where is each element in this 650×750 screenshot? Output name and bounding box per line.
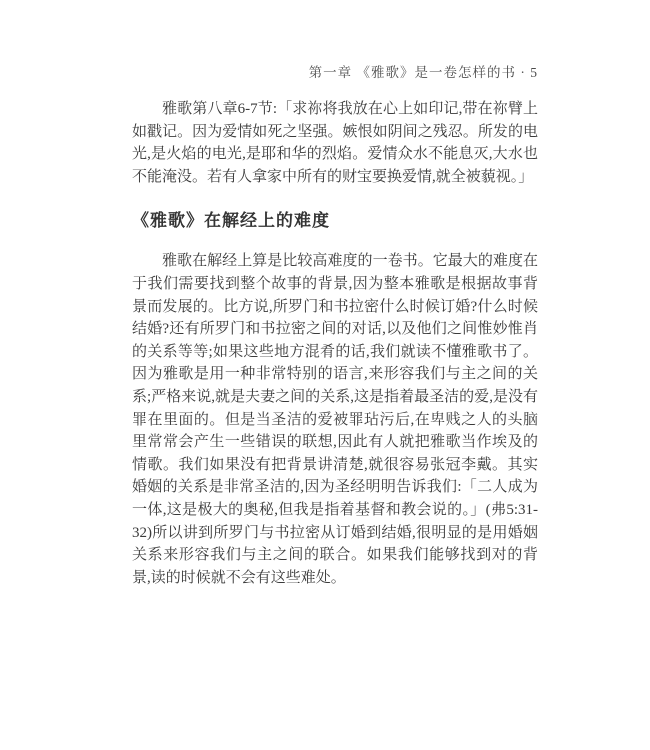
body-paragraph: 雅歌在解经上算是比较高难度的一卷书。它最大的难度在于我们需要找到整个故事的背景,…	[132, 250, 538, 589]
book-page: 第一章 《雅歌》是一卷怎样的书 · 5 雅歌第八章6-7节:「求祢将我放在心上如…	[0, 0, 650, 750]
scripture-quote-paragraph: 雅歌第八章6-7节:「求祢将我放在心上如印记,带在祢臂上如戳记。因为爱情如死之坚…	[132, 98, 538, 188]
section-heading: 《雅歌》在解经上的难度	[132, 209, 538, 233]
running-header: 第一章 《雅歌》是一卷怎样的书 · 5	[132, 61, 538, 81]
running-header-text: 第一章 《雅歌》是一卷怎样的书 · 5	[309, 65, 538, 80]
page-content: 雅歌第八章6-7节:「求祢将我放在心上如印记,带在祢臂上如戳记。因为爱情如死之坚…	[132, 98, 538, 589]
